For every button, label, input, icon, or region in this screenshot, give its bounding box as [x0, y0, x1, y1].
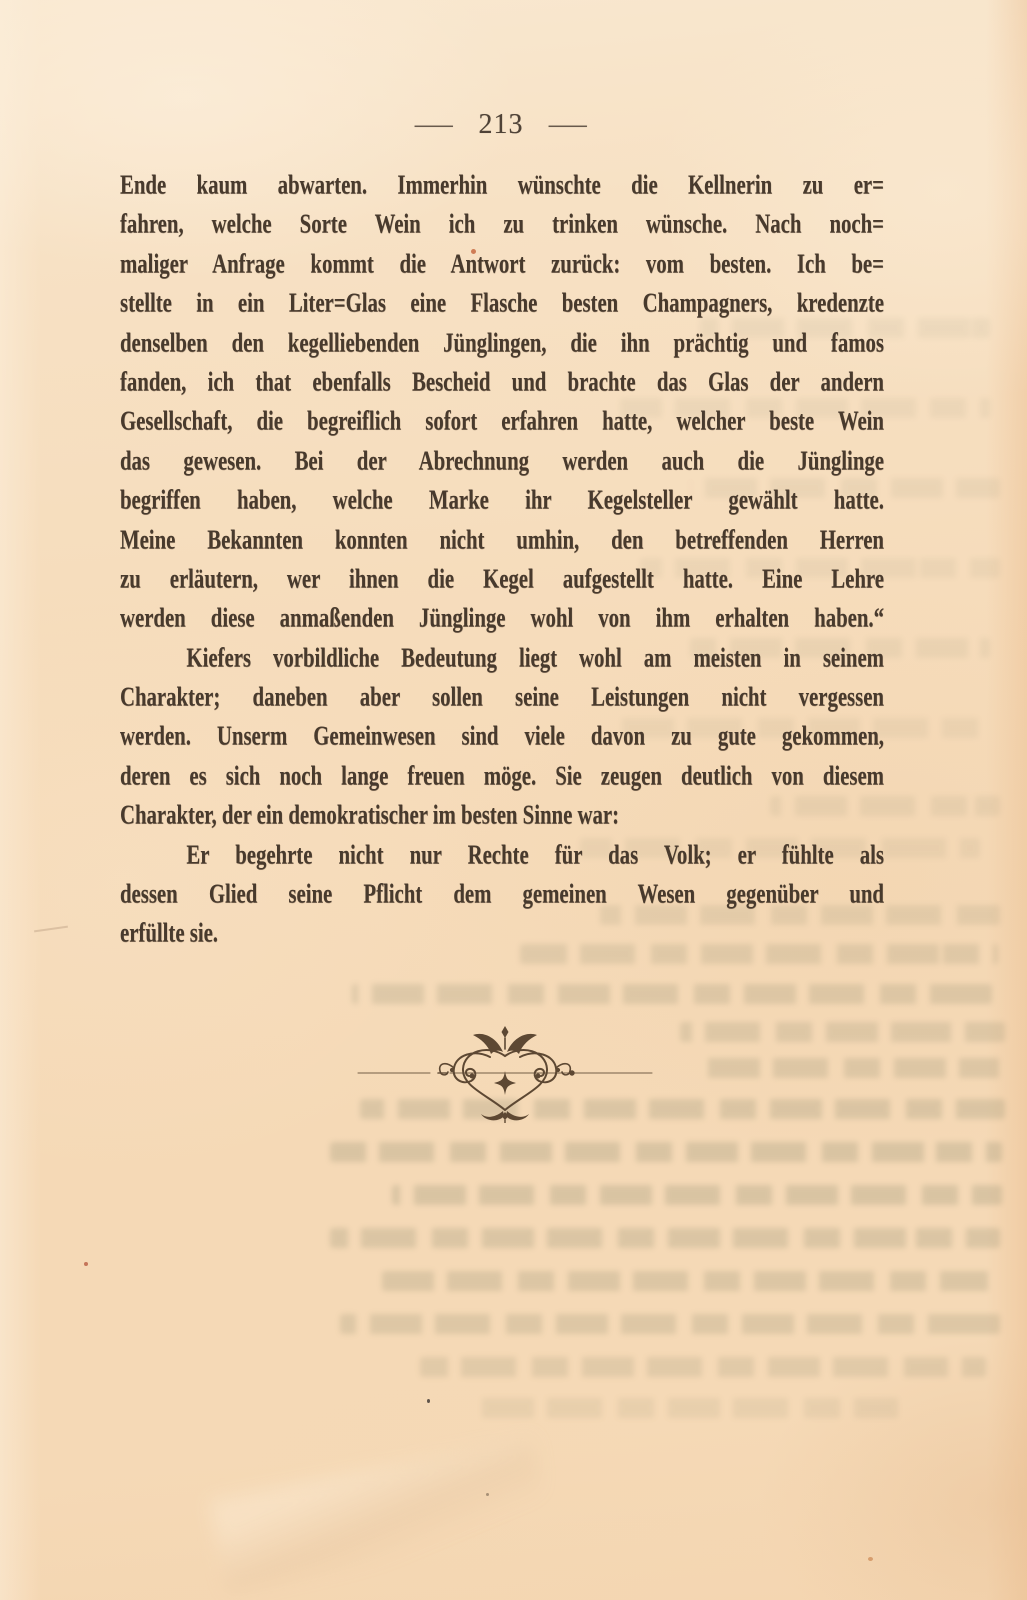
text-line: denselben den kegelliebenden Jünglingen,… — [120, 321, 884, 364]
paper-speck — [84, 1262, 88, 1266]
text-line: maliger Anfrage kommt die Antwort zurück… — [120, 243, 884, 286]
bleedthrough-line — [420, 1357, 986, 1377]
bleedthrough-line — [382, 1271, 1002, 1291]
text-block: Ende kaum abwarten. Immerhin wünschte di… — [120, 166, 884, 954]
text-line: fahren, welche Sorte Wein ich zu trinken… — [120, 203, 884, 246]
text-line: Ende kaum abwarten. Immerhin wünschte di… — [120, 164, 884, 207]
header-right-dash: — — [548, 108, 587, 142]
paper-speck — [427, 1399, 430, 1403]
text-line: Meine Bekannten konnten nicht umhin, den… — [120, 518, 884, 561]
text-line: werden diese anmaßenden Jünglinge wohl v… — [120, 597, 884, 640]
divider-ornament-icon — [350, 1023, 660, 1123]
paper-speck — [868, 1557, 873, 1561]
text-line: Er begehrte nicht nur Rechte für das Vol… — [120, 833, 884, 876]
bleedthrough-line — [680, 1022, 1005, 1042]
text-line: das gewesen. Bei der Abrechnung werden a… — [120, 440, 884, 483]
paper-scratch — [34, 926, 68, 933]
text-line: Kiefers vorbildliche Bedeutung liegt woh… — [120, 637, 884, 680]
text-line: stellte in ein Liter=Glas eine Flasche b… — [120, 282, 884, 325]
text-line: Charakter; daneben aber sollen seine Lei… — [120, 676, 884, 719]
text-line: werden. Unserm Gemeinwesen sind viele da… — [120, 715, 884, 758]
bleedthrough-line — [352, 984, 992, 1004]
header-left-dash: — — [414, 108, 453, 142]
text-line: dessen Glied seine Pflicht dem gemeinen … — [120, 873, 884, 916]
bleedthrough-line — [392, 1185, 1002, 1205]
bleedthrough-line — [340, 1314, 1000, 1334]
text-line: deren es sich noch lange freuen möge. Si… — [120, 755, 884, 798]
page-header: —213— — [118, 108, 884, 142]
paper-crease — [209, 1437, 551, 1593]
text-line: zu erläutern, wer ihnen die Kegel aufges… — [120, 558, 884, 601]
text-line: erfüllte sie. — [120, 912, 884, 955]
text-line: Charakter, der ein demokratischer im bes… — [120, 794, 884, 837]
text-line: Gesellschaft, die begreiflich sofort erf… — [120, 400, 884, 443]
bleedthrough-line — [330, 1228, 1000, 1248]
paper-speck — [471, 249, 476, 254]
text-line: begriffen haben, welche Marke ihr Kegels… — [120, 479, 884, 522]
book-page-scan: —213— Ende kaum abwarten. Immerhin wünsc… — [0, 0, 1027, 1600]
page-number: 213 — [479, 109, 524, 140]
bleedthrough-line — [470, 1398, 900, 1418]
text-line: fanden, ich that ebenfalls Bescheid und … — [120, 361, 884, 404]
bleedthrough-line — [700, 1058, 1005, 1078]
bleedthrough-line — [330, 1142, 1002, 1162]
